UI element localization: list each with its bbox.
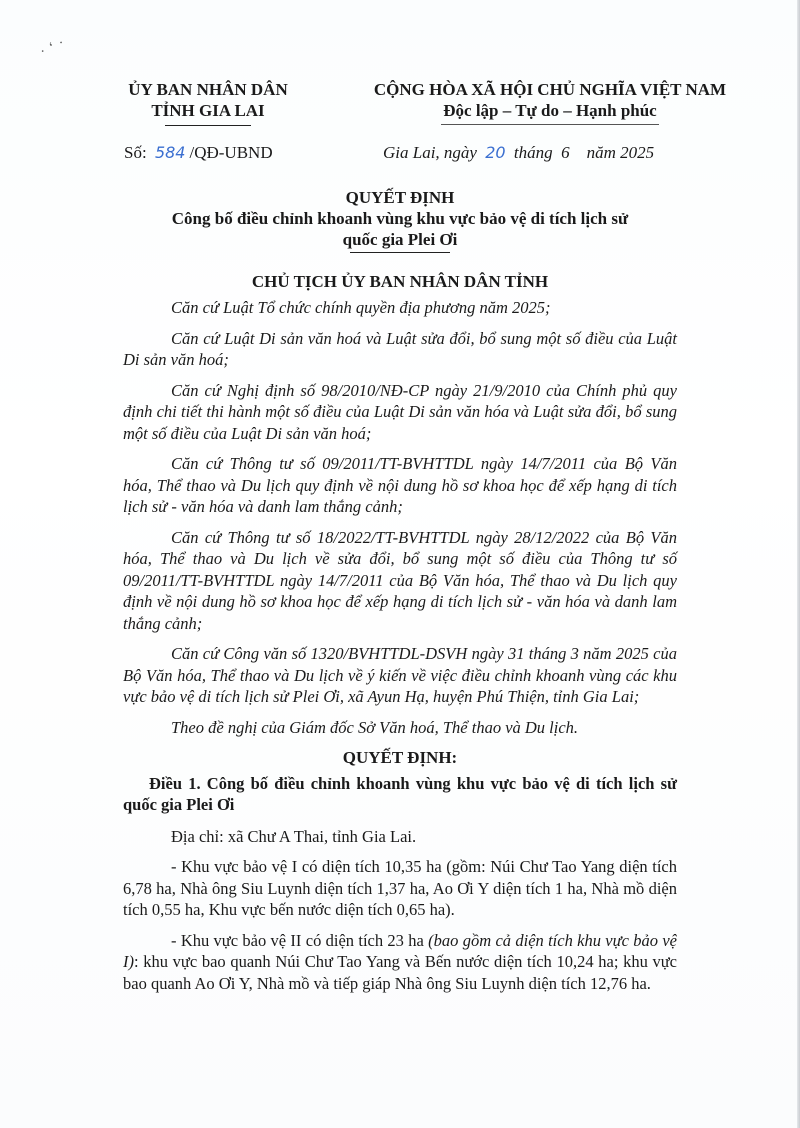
number-suffix: /QĐ-UBND [189,143,272,162]
handwritten-number: 584 [155,143,186,162]
month: 6 [561,143,570,162]
motto-underline [441,124,659,125]
preamble-item: Theo đề nghị của Giám đốc Sở Văn hoá, Th… [123,717,677,739]
nation-motto: Độc lập – Tự do – Hạnh phúc [340,100,760,121]
article-1-title: Điều 1. Công bố điều chỉnh khoanh vùng k… [123,773,677,816]
organization-line2: TỈNH GIA LAI [151,100,264,123]
organization-underline [165,125,251,126]
article-1-address: Địa chỉ: xã Chư A Thai, tỉnh Gia Lai. [123,826,677,848]
preamble-item: Căn cứ Công văn số 1320/BVHTTDL-DSVH ngà… [123,643,677,708]
preamble-item: Căn cứ Thông tư số 09/2011/TT-BVHTTDL ng… [123,453,677,518]
document-body: Căn cứ Luật Tổ chức chính quyền địa phươ… [123,297,677,1003]
document-header: ỦY BAN NHÂN DÂN TỈNH GIA LAI CỘNG HÒA XÃ… [0,79,800,149]
document-number: Số: 584/QĐ-UBND [124,143,273,163]
preamble-item: Căn cứ Thông tư số 18/2022/TT-BVHTTDL ng… [123,527,677,635]
year-label: năm [587,143,616,162]
issuing-authority: CHỦ TỊCH ỦY BAN NHÂN DÂN TỈNH [100,272,700,292]
scan-artifact-mark: · ‘ · [38,35,68,60]
protection-zone-1: - Khu vực bảo vệ I có diện tích 10,35 ha… [123,856,677,921]
handwritten-day: 20 [485,143,505,162]
document-page: · ‘ · ỦY BAN NHÂN DÂN TỈNH GIA LAI CỘNG … [0,0,800,1128]
zone-2-detail: : khu vực bao quanh Núi Chư Tao Yang và … [123,952,677,993]
preamble-item: Căn cứ Luật Tổ chức chính quyền địa phươ… [123,297,677,319]
title-subtitle-line1: Công bố điều chỉnh khoanh vùng khu vực b… [100,208,700,229]
number-label: Số: [124,143,147,162]
organization-line1: ỦY BAN NHÂN DÂN [113,79,303,100]
year: 2025 [620,143,654,162]
issuing-organization: ỦY BAN NHÂN DÂN TỈNH GIA LAI [113,79,303,126]
title-underline [350,252,450,253]
document-title: QUYẾT ĐỊNH Công bố điều chỉnh khoanh vùn… [100,187,700,253]
protection-zone-2: - Khu vực bảo vệ II có diện tích 23 ha (… [123,930,677,995]
preamble-item: Căn cứ Luật Di sản văn hoá và Luật sửa đ… [123,328,677,371]
zone-2-prefix: - Khu vực bảo vệ II có diện tích 23 ha [171,931,428,950]
title-subtitle-line2: quốc gia Plei Ơi [100,229,700,250]
nation-name: CỘNG HÒA XÃ HỘI CHỦ NGHĨA VIỆT NAM [340,79,760,100]
title-heading: QUYẾT ĐỊNH [100,187,700,208]
place: Gia Lai, ngày [383,143,477,162]
month-label: tháng [514,143,553,162]
national-motto: CỘNG HÒA XÃ HỘI CHỦ NGHĨA VIỆT NAM Độc l… [340,79,760,125]
place-and-date: Gia Lai, ngày 20 tháng 6 năm 2025 [383,143,654,163]
decision-heading: QUYẾT ĐỊNH: [123,747,677,769]
preamble-item: Căn cứ Nghị định số 98/2010/NĐ-CP ngày 2… [123,380,677,445]
